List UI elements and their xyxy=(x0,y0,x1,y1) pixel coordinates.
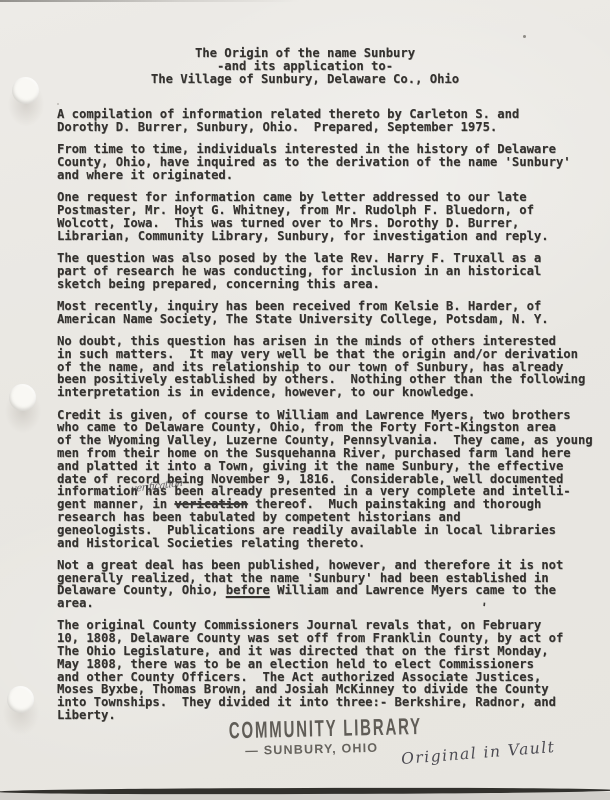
paragraph: A compilation of information related the… xyxy=(57,108,602,134)
title-line: The Origin of the name Sunbury xyxy=(57,47,553,60)
paragraph: No doubt, this question has arisen in th… xyxy=(57,335,602,399)
scan-top-edge xyxy=(0,0,300,2)
title-line: The Village of Sunbury, Delaware Co., Oh… xyxy=(57,73,553,86)
punch-hole-bottom xyxy=(7,686,34,713)
title-block: The Origin of the name Sunbury-and its a… xyxy=(57,47,553,85)
title-line: -and its application to- xyxy=(57,60,553,73)
paragraph: The question was also posed by the late … xyxy=(57,252,602,290)
paragraph: Not a great deal has been published, how… xyxy=(57,559,602,610)
stamp-line1: COMMUNITY LIBRARY xyxy=(229,714,423,745)
stamp-dash: — xyxy=(245,744,258,758)
library-stamp: COMMUNITY LIBRARY —SUNBURY, OHIO xyxy=(229,714,423,758)
paper-speck xyxy=(523,35,526,38)
typewritten-text-column: The Origin of the name Sunbury-and its a… xyxy=(57,47,602,731)
paragraphs: A compilation of information related the… xyxy=(57,108,602,721)
punch-hole-top xyxy=(12,77,39,104)
paragraph: The original County Commissioners Journa… xyxy=(57,619,602,721)
paragraph: One request for information came by lett… xyxy=(57,191,602,242)
paper-speck xyxy=(57,103,59,105)
paragraph: From time to time, individuals intereste… xyxy=(57,143,602,181)
scanned-document-page: The Origin of the name Sunbury-and its a… xyxy=(0,0,610,800)
paragraph: Most recently, inquiry has been received… xyxy=(57,300,602,326)
paragraph: Credit is given, of course to William an… xyxy=(57,409,602,550)
punch-hole-middle xyxy=(9,384,36,411)
handwritten-vault-note: Original in Vault xyxy=(401,738,557,768)
handwritten-insertion-mark: ' xyxy=(479,601,488,617)
